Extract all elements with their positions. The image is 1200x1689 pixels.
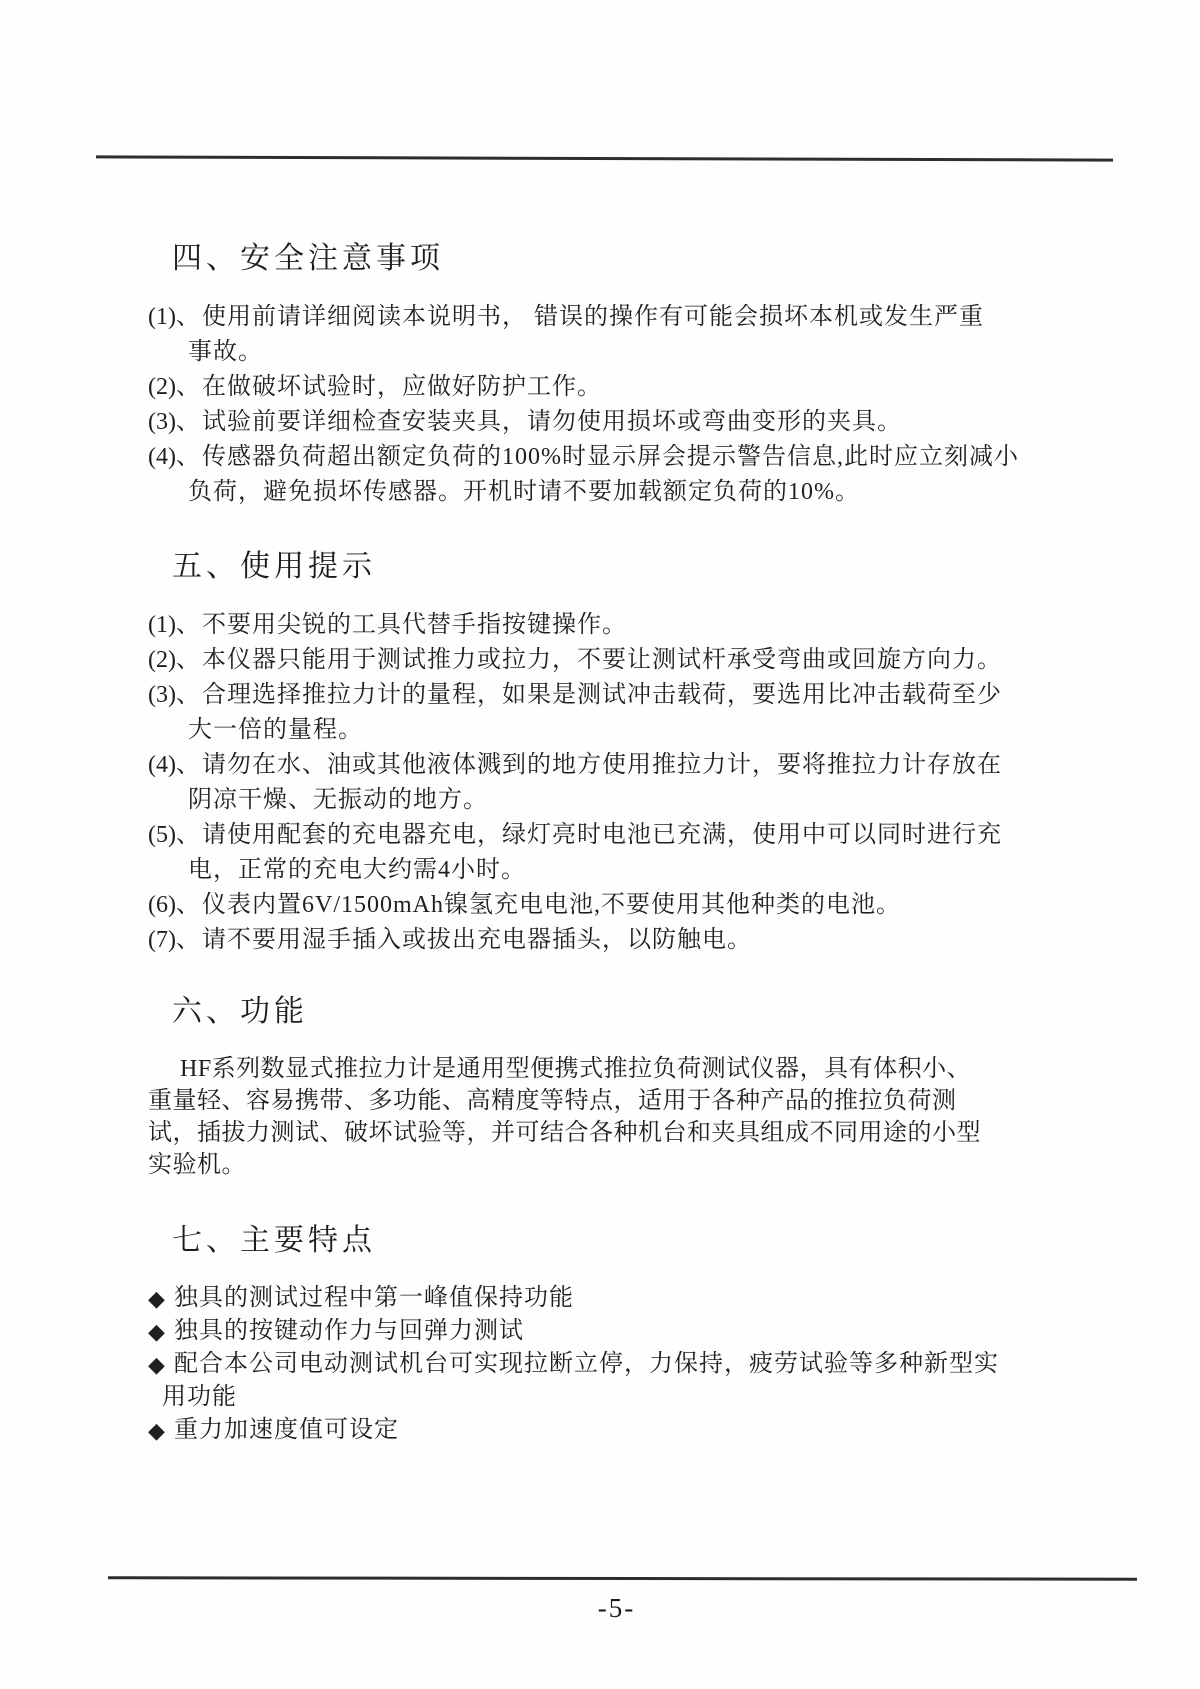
section-function: 六、功能 HF系列数显式推拉力计是通用型便携式推拉负荷测试仪器，具有体积小、 重… <box>148 997 978 1181</box>
item-marker: (6)、 <box>148 888 200 923</box>
section-features: 七、主要特点 ◆ 独具的测试过程中第一峰值保持功能 ◆ 独具的按键动作力与回弹力… <box>148 1226 978 1447</box>
bottom-rule <box>108 1576 1137 1580</box>
page-number: -5- <box>96 1593 1137 1624</box>
item-marker: (7)、 <box>148 923 200 958</box>
item-marker: (2)、 <box>148 643 200 678</box>
item-text-continued: 大一倍的量程。 <box>188 713 978 748</box>
section-heading-usage: 五、使用提示 <box>172 552 978 582</box>
item-text: 仪表内置6V/1500mAh镍氢充电电池,不要使用其他种类的电池。 <box>202 888 978 923</box>
section-heading-function: 六、功能 <box>172 997 978 1027</box>
item-text-continued: 事故。 <box>188 335 978 370</box>
item-text: 试验前要详细检查安装夹具，请勿使用损坏或弯曲变形的夹具。 <box>202 405 978 440</box>
manual-page: 四、安全注意事项 (1)、 使用前请详细阅读本说明书， 错误的操作有可能会损坏本… <box>0 0 1200 1689</box>
item-marker: (3)、 <box>148 405 200 440</box>
page-content: 四、安全注意事项 (1)、 使用前请详细阅读本说明书， 错误的操作有可能会损坏本… <box>148 244 978 1447</box>
item-text: 在做破坏试验时，应做好防护工作。 <box>202 370 978 405</box>
item-marker: (3)、 <box>148 678 200 713</box>
bullet-text: 配合本公司电动测试机台可实现拉断立停，力保持，疲劳试验等多种新型实 <box>174 1348 978 1381</box>
item-marker: (2)、 <box>148 370 200 405</box>
list-item: (2)、 本仪器只能用于测试推力或拉力，不要让测试杆承受弯曲或回旋方向力。 <box>148 643 978 678</box>
bullet-text: 独具的测试过程中第一峰值保持功能 <box>174 1282 978 1315</box>
item-text: 使用前请详细阅读本说明书， 错误的操作有可能会损坏本机或发生严重 <box>202 300 978 335</box>
item-marker: (4)、 <box>148 440 200 475</box>
paragraph-line: 重量轻、容易携带、多功能、高精度等特点，适用于各种产品的推拉负荷测 <box>148 1085 978 1117</box>
item-text: 请使用配套的充电器充电，绿灯亮时电池已充满，使用中可以同时进行充 <box>202 818 978 853</box>
item-marker: (4)、 <box>148 748 200 783</box>
paragraph-line: 试，插拔力测试、破坏试验等，并可结合各种机台和夹具组成不同用途的小型 <box>148 1117 978 1149</box>
section-safety: 四、安全注意事项 (1)、 使用前请详细阅读本说明书， 错误的操作有可能会损坏本… <box>148 244 978 510</box>
paragraph-line: 实验机。 <box>148 1149 978 1181</box>
list-item: (1)、 不要用尖锐的工具代替手指按键操作。 <box>148 608 978 643</box>
item-text: 本仪器只能用于测试推力或拉力，不要让测试杆承受弯曲或回旋方向力。 <box>202 643 978 678</box>
top-rule <box>96 155 1113 161</box>
bullet-item: ◆ 重力加速度值可设定 <box>148 1414 978 1447</box>
diamond-bullet-icon: ◆ <box>148 1414 166 1447</box>
item-text: 合理选择推拉力计的量程，如果是测试冲击载荷，要选用比冲击载荷至少 <box>202 678 978 713</box>
list-item: (6)、 仪表内置6V/1500mAh镍氢充电电池,不要使用其他种类的电池。 <box>148 888 978 923</box>
list-item: (7)、 请不要用湿手插入或拔出充电器插头，以防触电。 <box>148 923 978 958</box>
list-item: (5)、 请使用配套的充电器充电，绿灯亮时电池已充满，使用中可以同时进行充 电，… <box>148 818 978 888</box>
item-marker: (1)、 <box>148 300 200 335</box>
function-paragraph: HF系列数显式推拉力计是通用型便携式推拉负荷测试仪器，具有体积小、 重量轻、容易… <box>148 1053 978 1181</box>
section-heading-safety: 四、安全注意事项 <box>172 244 978 274</box>
section-heading-features: 七、主要特点 <box>172 1226 978 1256</box>
bullet-item: ◆ 配合本公司电动测试机台可实现拉断立停，力保持，疲劳试验等多种新型实 用功能 <box>148 1348 978 1414</box>
item-text: 请勿在水、油或其他液体溅到的地方使用推拉力计，要将推拉力计存放在 <box>202 748 978 783</box>
bullet-item: ◆ 独具的按键动作力与回弹力测试 <box>148 1315 978 1348</box>
item-text-continued: 负荷，避免损坏传感器。开机时请不要加载额定负荷的10%。 <box>188 475 978 510</box>
bullet-item: ◆ 独具的测试过程中第一峰值保持功能 <box>148 1282 978 1315</box>
item-marker: (1)、 <box>148 608 200 643</box>
list-item: (3)、 合理选择推拉力计的量程，如果是测试冲击载荷，要选用比冲击载荷至少 大一… <box>148 678 978 748</box>
list-item: (3)、 试验前要详细检查安装夹具，请勿使用损坏或弯曲变形的夹具。 <box>148 405 978 440</box>
diamond-bullet-icon: ◆ <box>148 1315 166 1348</box>
item-marker: (5)、 <box>148 818 200 853</box>
list-item: (1)、 使用前请详细阅读本说明书， 错误的操作有可能会损坏本机或发生严重 事故… <box>148 300 978 370</box>
bullet-text-continued: 用功能 <box>162 1381 978 1414</box>
item-text: 不要用尖锐的工具代替手指按键操作。 <box>202 608 978 643</box>
item-text: 传感器负荷超出额定负荷的100%时显示屏会提示警告信息,此时应立刻减小 <box>202 440 978 475</box>
paragraph-line: HF系列数显式推拉力计是通用型便携式推拉负荷测试仪器，具有体积小、 <box>148 1053 978 1085</box>
bullet-text: 重力加速度值可设定 <box>174 1414 978 1447</box>
item-text-continued: 阴凉干燥、无振动的地方。 <box>188 783 978 818</box>
list-item: (4)、 传感器负荷超出额定负荷的100%时显示屏会提示警告信息,此时应立刻减小… <box>148 440 978 510</box>
list-item: (4)、 请勿在水、油或其他液体溅到的地方使用推拉力计，要将推拉力计存放在 阴凉… <box>148 748 978 818</box>
section-usage: 五、使用提示 (1)、 不要用尖锐的工具代替手指按键操作。 (2)、 本仪器只能… <box>148 552 978 958</box>
bullet-text: 独具的按键动作力与回弹力测试 <box>174 1315 978 1348</box>
list-item: (2)、 在做破坏试验时，应做好防护工作。 <box>148 370 978 405</box>
item-text: 请不要用湿手插入或拔出充电器插头，以防触电。 <box>202 923 978 958</box>
item-text-continued: 电，正常的充电大约需4小时。 <box>188 853 978 888</box>
diamond-bullet-icon: ◆ <box>148 1348 166 1381</box>
diamond-bullet-icon: ◆ <box>148 1282 166 1315</box>
